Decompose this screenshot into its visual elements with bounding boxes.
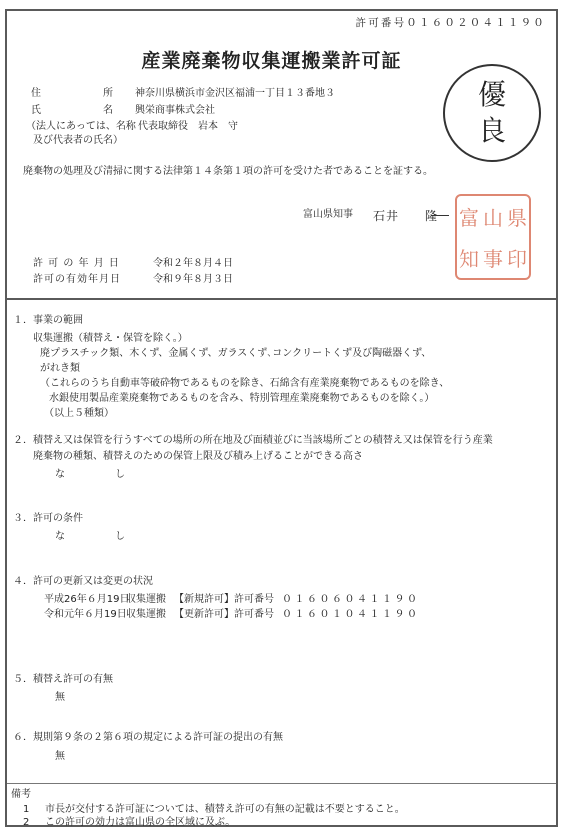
expiry-date-row: 許可の有効年月日令和９年８月３日 bbox=[33, 274, 233, 286]
stamp-char: 県 bbox=[505, 202, 529, 231]
section-1-line5: 水銀使用製品産業廃棄物であるものを含み、特別管理産業廃棄物であるものを除く。） bbox=[49, 393, 434, 405]
history-number: ０１６０６０４１１９０ bbox=[282, 594, 420, 605]
remark-number: 1 bbox=[23, 804, 45, 816]
company-name: 興栄商事株式会社 bbox=[135, 105, 215, 116]
name-label-a: 氏 bbox=[31, 105, 41, 117]
history-row: 平成26年６月19日収集運搬【新規許可】許可番号０１６０６０４１１９０ bbox=[44, 594, 420, 606]
seal-char-2: 良 bbox=[478, 113, 506, 149]
section-1-line3: がれき類 bbox=[40, 363, 80, 375]
section-2-value-b: し bbox=[115, 469, 125, 480]
remark-text: この許可の効力は富山県の全区域に及ぶ。 bbox=[45, 817, 235, 828]
corp-note-line1: （法人にあっては、名称 bbox=[26, 121, 138, 133]
history-type: 収集運搬 bbox=[126, 609, 174, 621]
section-1-heading: １．事業の範囲 bbox=[13, 315, 83, 327]
representative-name: 代表取締役 岩本 守 bbox=[138, 121, 238, 132]
section-4-heading: ４．許可の更新又は変更の状況 bbox=[13, 576, 153, 588]
permit-date-label: 許 可 の 年 月 日 bbox=[33, 258, 153, 270]
expiry-date-label: 許可の有効年月日 bbox=[33, 274, 153, 286]
history-date: 平成26年６月19日 bbox=[44, 594, 126, 606]
seal-char-1: 優 bbox=[478, 77, 506, 113]
section-2-heading-line1: ２．積替え又は保管を行うすべての場所の所在地及び面積並びに当該場所ごとの積替え又… bbox=[13, 435, 493, 447]
history-number-label: 許可番号 bbox=[234, 594, 282, 606]
section-2-value-a: な bbox=[55, 469, 115, 481]
remark-item: 2この許可の効力は富山県の全区域に及ぶ。 bbox=[23, 817, 235, 829]
section-1-line1: 収集運搬（積替え・保管を除く。） bbox=[33, 333, 188, 345]
section-2-value: なし bbox=[55, 469, 125, 481]
remarks-divider bbox=[7, 783, 556, 784]
remarks-heading: 備考 bbox=[11, 789, 31, 801]
name-row: 氏名興栄商事株式会社 bbox=[31, 105, 215, 117]
corp-note-line2: 及び代表者の氏名） bbox=[33, 135, 123, 147]
section-3-value: なし bbox=[55, 531, 125, 543]
representative-row: （法人にあっては、名称代表取締役 岩本 守 bbox=[26, 121, 238, 133]
history-number: ０１６０１０４１１９０ bbox=[282, 609, 420, 620]
title-text: 産業廃棄物収集運搬業許可証 bbox=[141, 46, 401, 73]
remark-text: 市長が交付する許可証については、積替え許可の有無の記載は不要とすること。 bbox=[45, 804, 405, 815]
address-label: 住所 bbox=[31, 88, 113, 100]
name-label: 氏名 bbox=[31, 105, 113, 117]
address-value: 神奈川県横浜市金沢区福浦一丁目１３番地３ bbox=[135, 88, 335, 99]
expiry-date: 令和９年８月３日 bbox=[153, 274, 233, 285]
section-6-heading: ６．規則第９条の２第６項の規定による許可証の提出の有無 bbox=[13, 732, 283, 744]
section-1-line2: 廃プラスチック類、木くず、金属くず、ガラスくず､コンクリートくず及び陶磁器くず、 bbox=[40, 348, 431, 360]
history-type: 収集運搬 bbox=[126, 594, 174, 606]
stamp-char: 山 bbox=[481, 202, 505, 231]
permit-number: 許可番号０１６０２０４１１９０ bbox=[356, 15, 547, 30]
address-row: 住所神奈川県横浜市金沢区福浦一丁目１３番地３ bbox=[31, 88, 335, 100]
name-label-b: 名 bbox=[103, 105, 113, 117]
address-label-a: 住 bbox=[31, 88, 41, 100]
remark-number: 2 bbox=[23, 817, 45, 829]
section-6-value: 無 bbox=[55, 751, 65, 763]
history-kind: 【更新許可】 bbox=[174, 609, 234, 621]
header-divider bbox=[7, 298, 556, 300]
signature-line bbox=[431, 215, 449, 216]
history-row: 令和元年６月19日収集運搬【更新許可】許可番号０１６０１０４１１９０ bbox=[44, 609, 420, 621]
issuer-name: 石井 隆 bbox=[373, 207, 438, 224]
issuer-title: 富山県知事 bbox=[303, 209, 353, 221]
section-1-line6: （以上５種類） bbox=[44, 408, 114, 420]
section-3-heading: ３．許可の条件 bbox=[13, 513, 83, 525]
history-number-label: 許可番号 bbox=[234, 609, 282, 621]
remark-item: 1市長が交付する許可証については、積替え許可の有無の記載は不要とすること。 bbox=[23, 804, 405, 816]
stamp-char: 富 bbox=[457, 202, 481, 231]
section-5-value: 無 bbox=[55, 692, 65, 704]
stamp-char: 知 bbox=[457, 243, 481, 272]
history-kind: 【新規許可】 bbox=[174, 594, 234, 606]
excellent-operator-seal: 優 良 bbox=[443, 64, 541, 162]
section-3-value-b: し bbox=[115, 531, 125, 542]
permit-date-row: 許 可 の 年 月 日令和２年８月４日 bbox=[33, 258, 233, 270]
history-date: 令和元年６月19日 bbox=[44, 609, 126, 621]
address-label-b: 所 bbox=[103, 88, 113, 100]
section-2-heading-line2: 廃棄物の種類、積替えのための保管上限及び積み上げることができる高さ bbox=[33, 451, 363, 463]
stamp-char: 事 bbox=[481, 243, 505, 272]
section-5-heading: ５．積替え許可の有無 bbox=[13, 674, 113, 686]
section-1-line4: （これらのうち自動車等破砕物であるものを除き、石綿含有産業廃棄物であるものを除き… bbox=[40, 378, 449, 390]
permit-date: 令和２年８月４日 bbox=[153, 258, 233, 269]
governor-official-stamp: 富 山 県 知 事 印 bbox=[455, 194, 531, 280]
certification-statement: 廃棄物の処理及び清掃に関する法律第１４条第１項の許可を受けた者であることを証する… bbox=[23, 166, 433, 178]
section-3-value-a: な bbox=[55, 531, 115, 543]
certificate-frame: 許可番号０１６０２０４１１９０ 産業廃棄物収集運搬業許可証 住所神奈川県横浜市金… bbox=[5, 9, 558, 827]
stamp-char: 印 bbox=[505, 243, 529, 272]
